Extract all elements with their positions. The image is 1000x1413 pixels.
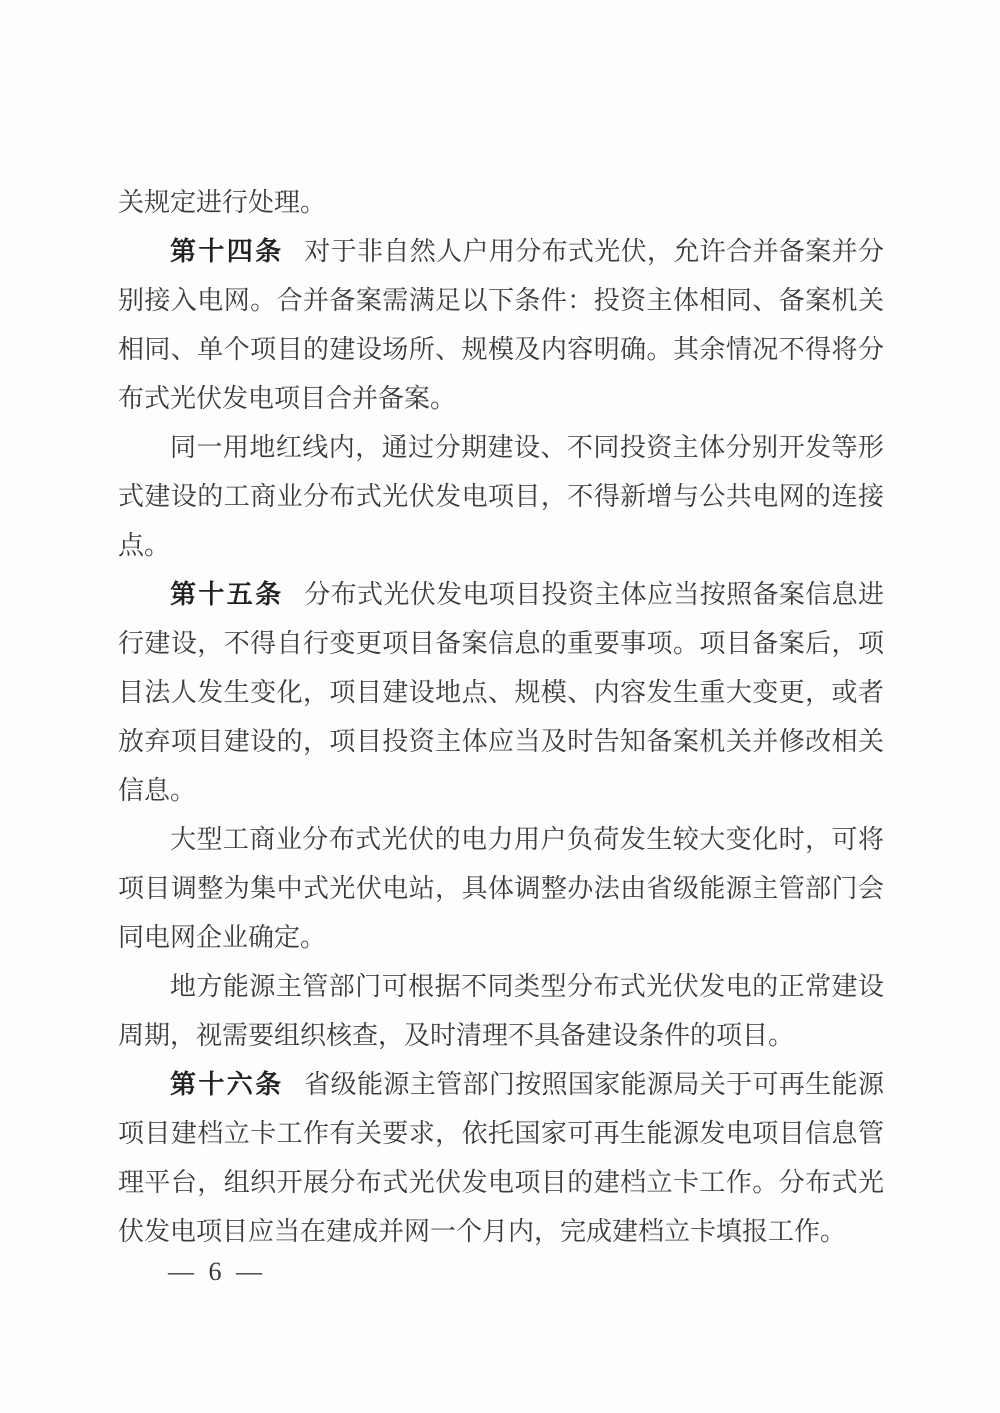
paragraph-text: 地方能源主管部门可根据不同类型分布式光伏发电的正常建设周期，视需要组织核查，及时… <box>118 972 884 1050</box>
article-15-heading: 第十五条 <box>170 579 283 609</box>
paragraph-text: 分布式光伏发电项目投资主体应当按照备案信息进行建设，不得自行变更项目备案信息的重… <box>118 580 884 805</box>
article-14-heading: 第十四条 <box>170 236 283 266</box>
paragraph-text: 关规定进行处理。 <box>118 188 326 217</box>
document-body: 关规定进行处理。 第十四条对于非自然人户用分布式光伏，允许合并备案并分别接入电网… <box>118 178 884 1256</box>
article-16-heading: 第十六条 <box>170 1069 283 1099</box>
paragraph-text: 大型工商业分布式光伏的电力用户负荷发生较大变化时，可将项目调整为集中式光伏电站，… <box>118 825 884 952</box>
document-page: 关规定进行处理。 第十四条对于非自然人户用分布式光伏，允许合并备案并分别接入电网… <box>0 0 1000 1413</box>
paragraph-large-commercial: 大型工商业分布式光伏的电力用户负荷发生较大变化时，可将项目调整为集中式光伏电站，… <box>118 815 884 962</box>
paragraph-article-15: 第十五条分布式光伏发电项目投资主体应当按照备案信息进行建设，不得自行变更项目备案… <box>118 570 884 815</box>
paragraph-text: 同一用地红线内，通过分期建设、不同投资主体分别开发等形式建设的工商业分布式光伏发… <box>118 433 884 560</box>
page-number: — 6 — <box>168 1252 266 1292</box>
paragraph-article-16: 第十六条省级能源主管部门按照国家能源局关于可再生能源项目建档立卡工作有关要求，依… <box>118 1060 884 1256</box>
paragraph-article-14: 第十四条对于非自然人户用分布式光伏，允许合并备案并分别接入电网。合并备案需满足以… <box>118 227 884 423</box>
paragraph-red-line: 同一用地红线内，通过分期建设、不同投资主体分别开发等形式建设的工商业分布式光伏发… <box>118 423 884 570</box>
paragraph-local-authority: 地方能源主管部门可根据不同类型分布式光伏发电的正常建设周期，视需要组织核查，及时… <box>118 962 884 1060</box>
paragraph-continuation: 关规定进行处理。 <box>118 178 884 227</box>
